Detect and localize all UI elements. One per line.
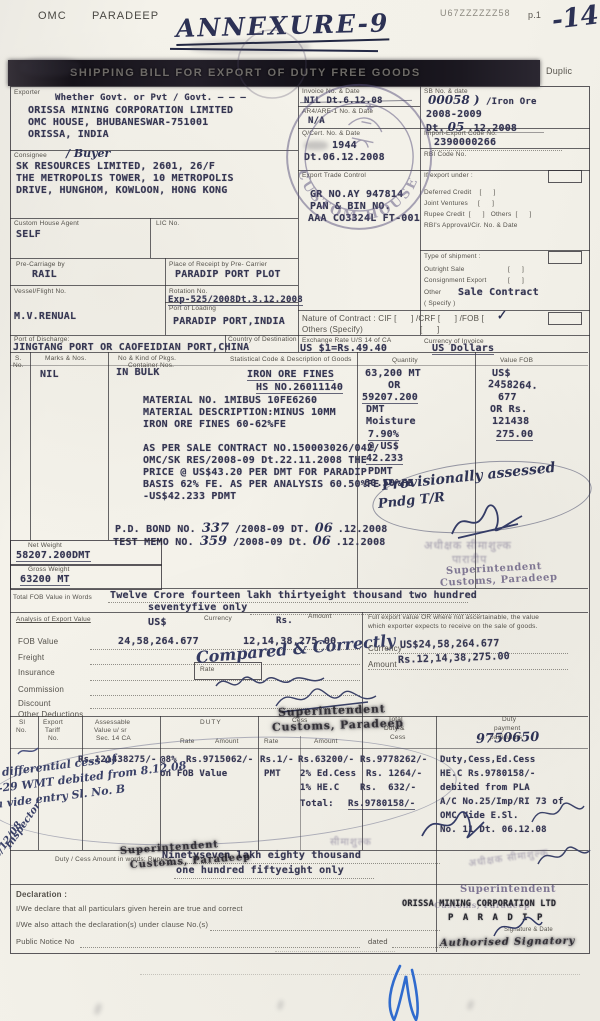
goods-desc-line: IRON ORE FINES 60-62%FE: [143, 420, 286, 430]
dotted-rule: [80, 946, 360, 948]
analysis-rs-header: Rs.: [276, 617, 293, 626]
contract-nature-tick: ✓: [495, 307, 507, 323]
contract-others-brackets: [ ]: [420, 325, 439, 334]
consignee-line: SK RESOURCES LIMITED, 2601, 26/F: [16, 162, 215, 172]
mini-box: [548, 251, 582, 264]
pen-tick-scribble: [16, 744, 40, 758]
net-weight-value: 58207.200DMT: [16, 551, 91, 562]
quantity-line: @ US$: [368, 442, 399, 452]
dotted-rule: [174, 877, 374, 879]
svg-text:CUSTOM HOUSE: CUSTOM HOUSE: [286, 150, 423, 237]
signature-scribble: [418, 806, 488, 846]
scanned-shipping-bill: OMC PARADEEP ANNEXURE-9 U67ZZZZZZ58 p.1 …: [0, 0, 600, 1021]
quantity-line: 59207.200: [362, 393, 418, 404]
consignee-buyer-hw: / Buyer: [66, 147, 110, 160]
rbi-approval-label: RBI's Approval/Cir. No. & Date: [424, 222, 518, 229]
other-deductions-row-label: Other Deductions: [18, 710, 83, 719]
consignee-label: Consignee: [14, 152, 47, 159]
lic-no-label: LIC No.: [156, 220, 179, 227]
full-value-text: Full export value OR where not ascertain…: [368, 614, 539, 621]
duty-words-line: one hundred fiftyeight only: [176, 866, 344, 876]
signature-scribble: [528, 796, 588, 830]
consignment-export-brackets: [ ]: [508, 277, 524, 284]
hindi-customs-stamp: सीमाशुल्क: [330, 834, 372, 848]
org-name: OMC: [38, 10, 67, 23]
grid-line: [298, 310, 590, 311]
value-line: 275.00: [496, 430, 533, 441]
total-fob-words-line: seventyfive only: [148, 603, 248, 613]
quantity-line: DMT: [366, 405, 385, 415]
total-fob-words-line: Twelve Crore fourteen lakh thirtyeight t…: [110, 591, 477, 601]
declaration-line: I/We declare that all particulars given …: [16, 905, 243, 914]
exporter-line: OMC HOUSE, BHUBANESWAR-751001: [28, 118, 208, 128]
loading-port-value: PARADIP PORT,INDIA: [173, 317, 285, 327]
quantity-line: Moisture: [366, 417, 416, 427]
joint-ventures-option: Joint Ventures [ ]: [424, 200, 494, 207]
quantity-line: OR: [388, 381, 400, 391]
other-option: Other: [424, 289, 441, 296]
payment-particulars-line: Duty,Cess,Ed.Cess: [440, 756, 536, 765]
goods-desc-line: IRON ORE FINES: [247, 370, 334, 381]
exchange-rate-value: US $1=Rs.49.40: [300, 344, 387, 354]
duty-payment-header: Duty: [502, 716, 516, 723]
grid-line: [10, 150, 298, 151]
custom-house-stamp-text: CUSTOM HOUSE: [286, 150, 423, 237]
assessable-header2: Value u/ sr: [94, 727, 127, 734]
grid-line: [10, 218, 298, 219]
omc-stamp-line: ORISSA MINING CORPORATION LTD: [402, 900, 556, 909]
quantity-header: Quantity: [392, 357, 418, 364]
iec-value: 2390000266: [434, 138, 496, 148]
rupee-credit-option: Rupee Credit [ ] Others [ ]: [424, 211, 532, 218]
tariff-header: Export: [43, 719, 63, 726]
exporter-type-line: Whether Govt. or Pvt / Govt. — — —: [55, 94, 246, 103]
memo-text: .12.2008: [336, 538, 386, 548]
value-line: US$: [492, 369, 511, 379]
grid-line: [10, 365, 588, 366]
description-header: Statistical Code & Description of Goods: [230, 356, 352, 363]
marks-header: Marks & Nos.: [45, 355, 86, 362]
copy-label: Duplic: [546, 66, 572, 76]
memo-date-handwritten: 06: [313, 534, 331, 549]
discount-row-label: Discount: [18, 699, 51, 708]
faint-scratch-line: [140, 973, 580, 975]
value-line: OR Rs.: [490, 405, 527, 415]
declaration-line: I/We also attach the declaration(s) unde…: [16, 921, 208, 930]
analysis-currency-header: Currency: [204, 615, 232, 622]
sb-type: /Iron Ore: [486, 98, 537, 107]
consignee-line: DRIVE, HUNGHOM, KOWLOON, HONG KONG: [16, 186, 228, 196]
receipt-place-value: PARADIP PORT PLOT: [175, 270, 281, 280]
contract-others-label: Others (Specify): [302, 325, 363, 334]
fob-usd-value: 24,58,264.677: [118, 637, 199, 647]
goods-desc-line: MATERIAL DESCRIPTION:MINUS 10MM: [143, 408, 336, 418]
pre-carriage-label: Pre-Carriage by: [16, 261, 65, 268]
commission-row-label: Commission: [18, 685, 64, 694]
duty-amount-handwritten: 9750650: [476, 730, 540, 747]
vessel-value: M.V.RENUAL: [14, 312, 76, 322]
receipt-place-label: Place of Receipt by Pre- Carrier: [169, 261, 267, 268]
signature-scribble: [490, 912, 545, 944]
goods-desc-line: HS NO.26011140: [256, 383, 343, 394]
sno-header2: No.: [13, 362, 24, 369]
faint-mark: [275, 950, 395, 952]
loading-port-label: Port of Loading: [169, 305, 216, 312]
handwritten-page-mark: -14: [550, 0, 600, 36]
assessable-header3: Sec. 14 CA: [96, 735, 131, 742]
dated-label: dated: [368, 938, 388, 947]
memo-no-handwritten: 359: [200, 534, 227, 549]
consignment-export-option: Consignment Export: [424, 277, 487, 284]
outright-sale-brackets: [ ]: [508, 266, 524, 273]
superintendent-stamp: Superintendent: [460, 884, 556, 895]
mini-box: [548, 170, 582, 183]
analysis-label: Analysis of Export Value: [16, 616, 91, 623]
total-fob-words-label: Total FOB Value in Words: [13, 594, 92, 601]
goods-desc-line: AS PER SALE CONTRACT NO.150003026/042/: [143, 444, 379, 454]
full-value-text: which exporter expects to receive on the…: [368, 623, 538, 630]
signature-scribble: [534, 842, 594, 872]
scan-speck: [466, 999, 474, 1010]
blue-pen-scribble: [372, 962, 432, 1021]
specify-label: ( Specify ): [424, 300, 455, 307]
value-header: Value FOB: [500, 357, 533, 364]
quantity-line: 42.233: [366, 454, 403, 465]
fob-value-row-label: FOB Value: [18, 637, 58, 646]
value-line: 677: [498, 393, 517, 403]
dotted-rule: [108, 601, 468, 603]
pre-carriage-value: RAIL: [32, 270, 57, 280]
cha-label: Custom House Agent: [14, 220, 79, 227]
quantity-line: 63,200 MT: [365, 369, 421, 379]
discharge-port-value: JINGTANG PORT OR CAOFEIDIAN PORT,CHINA: [13, 343, 249, 353]
grid-line: [165, 258, 166, 335]
vessel-label: Vessel/Flight No.: [14, 288, 66, 295]
shipment-other-value: Sale Contract: [458, 288, 539, 298]
insurance-row-label: Insurance: [18, 668, 55, 677]
grid-line: [150, 218, 151, 258]
assessable-header: Assessable: [95, 719, 130, 726]
scan-smudge: [20, 58, 80, 76]
gross-weight-value: 63200 MT: [20, 575, 70, 586]
exporter-label: Exporter: [14, 89, 40, 96]
public-notice-label: Public Notice No: [16, 938, 75, 947]
declaration-label: Declaration :: [16, 890, 67, 899]
analysis-amount-header: Amount: [308, 613, 332, 620]
exporter-line: ORISSA, INDIA: [28, 130, 109, 140]
custom-house-round-stamp: CUSTOM HOUSE: [268, 66, 452, 250]
goods-desc-line: BASIS 62% FE. AS PER ANALYSIS 60.50%FE: [143, 480, 379, 490]
shipment-type-label: Type of shipment :: [424, 253, 481, 260]
grid-line: [30, 352, 31, 540]
grid-line: [10, 285, 298, 286]
dotted-rule: [368, 668, 568, 670]
goods-desc-line: OMC/SK RES/2008-09 Dt.22.11.2008 THE: [143, 456, 367, 466]
scan-speck: [277, 1000, 284, 1011]
exporter-line: ORISSA MINING CORPORATION LIMITED: [28, 106, 233, 116]
marks-value: NIL: [40, 370, 59, 380]
grid-line: [10, 258, 298, 259]
contract-nature-label: Nature of Contract : CIF [ ] /CRF [ ] /F…: [302, 314, 484, 323]
value-line: 121438: [492, 417, 529, 427]
pkgs-value: IN BULK: [116, 368, 160, 378]
hindi-superintendent-stamp: अधीक्षक सीमाशुल्क: [424, 538, 512, 553]
goods-desc-line: PRICE @ US$43.20 PER DMT FOR PARADIP: [143, 468, 367, 478]
deferred-credit-option: Deferred Credit [ ]: [424, 189, 496, 196]
tariff-header2: Tariff: [45, 727, 60, 734]
consignee-line: THE METROPOLIS TOWER, 10 METROPOLIS: [16, 174, 234, 184]
scan-reference: U67ZZZZZZ58: [440, 8, 511, 18]
total-header3: Cess: [390, 734, 406, 741]
duty-sl-header: Sl: [19, 719, 25, 726]
page-number: p.1: [528, 10, 541, 20]
dotted-rule: [210, 929, 440, 931]
duty-sl-header2: No.: [16, 727, 27, 734]
memo-text: /2008-09 Dt.: [233, 538, 308, 548]
cha-value: SELF: [16, 230, 41, 240]
goods-desc-line: -US$42.233 PDMT: [143, 492, 236, 502]
invoice-currency-value: US Dollars: [432, 344, 494, 355]
quantity-line: PDMT: [368, 467, 393, 477]
grid-line: [298, 335, 590, 336]
goods-desc-line: MATERIAL NO. 1MIBUS 10FE6260: [143, 396, 317, 406]
tariff-header3: No.: [48, 735, 59, 742]
scan-speck: [93, 1002, 103, 1015]
mini-box: [548, 312, 582, 325]
value-line: 2458264.: [488, 380, 538, 392]
outright-sale-option: Outright Sale: [424, 266, 465, 273]
quantity-line: 7.90%: [368, 430, 399, 441]
freight-row-label: Freight: [18, 653, 44, 662]
duty-header: DUTY: [200, 719, 222, 726]
grid-line: [108, 352, 109, 540]
gross-weight-label: Gross Weight: [28, 566, 70, 573]
full-value-currency: US$24,58,264.677: [400, 639, 500, 651]
analysis-usd-header: US$: [148, 618, 167, 628]
net-weight-label: Net Weight: [28, 542, 62, 549]
signature-scribble: [448, 498, 528, 543]
destination-label: Country of Destination: [228, 336, 297, 343]
site-name: PARADEEP: [92, 10, 159, 23]
